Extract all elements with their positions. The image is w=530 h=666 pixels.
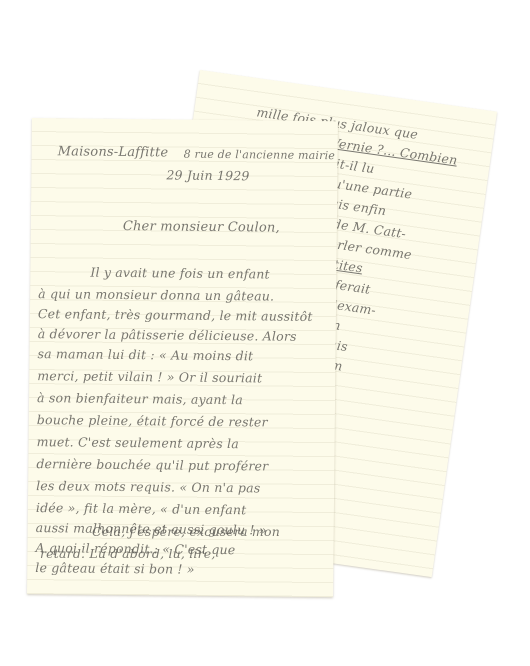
letter-body-line: les deux mots requis. « On n'a pas <box>36 478 260 495</box>
letter-body-line: muet. C'est seulement après la <box>37 434 239 451</box>
letter-address: 8 rue de l'ancienne mairie <box>184 148 336 163</box>
letter-body-line: Il y avait une fois un enfant <box>90 265 270 282</box>
letter-body-line: idée », fit la mère, « d'un enfant <box>36 500 247 517</box>
letter-body-line: Cet enfant, très gourmand, le mit aussit… <box>38 306 313 324</box>
letter-body-line: sa maman lui dit : « Au moins dit <box>37 346 253 363</box>
letter-body-line: à son bienfaiteur mais, ayant la <box>37 390 243 407</box>
letter-date: 29 Juin 1929 <box>166 167 249 183</box>
letter-body-line: retard. Lu d'abord, lu, lire, <box>40 546 216 561</box>
letter-salutation: Cher monsieur Coulon, <box>123 219 280 236</box>
letter-body-line: merci, petit vilain ! » Or il souriait <box>37 368 262 385</box>
letter-place: Maisons-Laffitte <box>58 144 169 160</box>
letter-closing-lines: Cela, j'espère, excusera mon retard. Lu … <box>40 524 340 584</box>
letter-body-line: Cela, j'espère, excusera mon <box>92 524 280 539</box>
letter-body-line: bouche pleine, était forcé de rester <box>37 412 268 429</box>
letter-body-line: à dévorer la pâtisserie délicieuse. Alor… <box>38 326 297 344</box>
letter-body-line: à qui un monsieur donna un gâteau. <box>38 286 274 303</box>
letter-body-line: dernière bouchée qu'il put proférer <box>36 456 268 473</box>
